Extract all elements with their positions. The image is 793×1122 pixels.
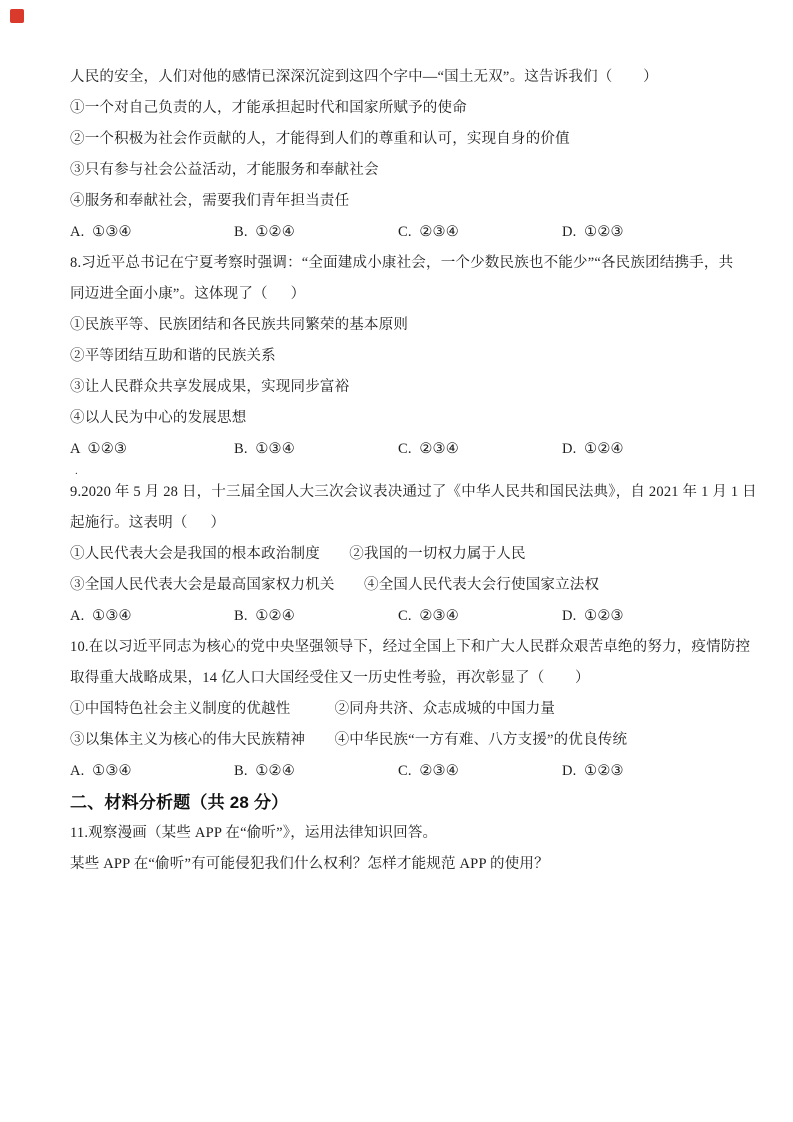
question-text-line: 某些 APP 在“偷听”有可能侵犯我们什么权利？怎样才能规范 APP 的使用？ xyxy=(70,849,750,880)
question-text-line: 人民的安全，人们对他的感情已深深沉淀到这四个字中—“国土无双”。这告诉我们（ ） xyxy=(70,62,750,93)
option-item: B. ①③④ xyxy=(234,434,398,465)
question-text-line: ②平等团结互助和谐的民族关系 xyxy=(70,341,750,372)
option-item: A. ①③④ xyxy=(70,217,234,248)
exam-paper-page: 人民的安全，人们对他的感情已深深沉淀到这四个字中—“国土无双”。这告诉我们（ ）… xyxy=(0,0,793,1122)
option-item: B. ①②④ xyxy=(234,756,398,787)
option-item: A. ①③④ xyxy=(70,601,234,632)
option-item: A. ①③④ xyxy=(70,756,234,787)
question-text-line: ④以人民为中心的发展思想 xyxy=(70,403,750,434)
question-text-line: ①人民代表大会是我国的根本政治制度 ②我国的一切权力属于人民 xyxy=(70,539,750,570)
question-text-line: 10.在以习近平同志为核心的党中央坚强领导下，经过全国上下和广大人民群众艰苦卓绝… xyxy=(70,632,750,663)
option-item: D. ①②③ xyxy=(562,756,624,787)
document-text-block: 人民的安全，人们对他的感情已深深沉淀到这四个字中—“国土无双”。这告诉我们（ ）… xyxy=(70,62,750,880)
options-row: A ①②③B. ①③④C. ②③④D. ①②④ xyxy=(70,434,750,465)
question-text-line: ②一个积极为社会作贡献的人，才能得到人们的尊重和认可，实现自身的价值 xyxy=(70,124,750,155)
option-item: C. ②③④ xyxy=(398,217,562,248)
question-text-line: ③只有参与社会公益活动，才能服务和奉献社会 xyxy=(70,155,750,186)
section-heading: 二、材料分析题（共 28 分） xyxy=(70,787,750,818)
options-row: A. ①③④B. ①②④C. ②③④D. ①②③ xyxy=(70,217,750,248)
option-item: C. ②③④ xyxy=(398,601,562,632)
question-text-line: ③全国人民代表大会是最高国家权力机关 ④全国人民代表大会行使国家立法权 xyxy=(70,570,750,601)
red-corner-marker-icon xyxy=(10,9,24,23)
option-item: B. ①②④ xyxy=(234,217,398,248)
option-item: D. ①②③ xyxy=(562,217,624,248)
question-text-line: ③以集体主义为核心的伟大民族精神 ④中华民族“一方有难、八方支援”的优良传统 xyxy=(70,725,750,756)
option-item: D. ①②③ xyxy=(562,601,624,632)
question-text-line: ①中国特色社会主义制度的优越性 ②同舟共济、众志成城的中国力量 xyxy=(70,694,750,725)
question-text-line: 取得重大战略成果，14 亿人口大国经受住又一历史性考验，再次彰显了（ ） xyxy=(70,663,750,694)
option-item: C. ②③④ xyxy=(398,434,562,465)
question-text-line: ①一个对自己负责的人，才能承担起时代和国家所赋予的使命 xyxy=(70,93,750,124)
option-item: A ①②③ xyxy=(70,434,234,465)
question-text-line: 起施行。这表明（ ） xyxy=(70,508,750,539)
option-item: B. ①②④ xyxy=(234,601,398,632)
question-text-line: 11.观察漫画（某些 APP 在“偷听”》，运用法律知识回答。 xyxy=(70,818,750,849)
options-row: A. ①③④B. ①②④C. ②③④D. ①②③ xyxy=(70,601,750,632)
option-item: C. ②③④ xyxy=(398,756,562,787)
stray-dot: . xyxy=(70,465,750,477)
option-item: D. ①②④ xyxy=(562,434,624,465)
question-text-line: ④服务和奉献社会，需要我们青年担当责任 xyxy=(70,186,750,217)
options-row: A. ①③④B. ①②④C. ②③④D. ①②③ xyxy=(70,756,750,787)
question-text-line: ①民族平等、民族团结和各民族共同繁荣的基本原则 xyxy=(70,310,750,341)
question-text-line: 8.习近平总书记在宁夏考察时强调：“全面建成小康社会，一个少数民族也不能少”“各… xyxy=(70,248,750,279)
question-text-line: 同迈进全面小康”。这体现了（ ） xyxy=(70,279,750,310)
question-text-line: 9.2020 年 5 月 28 日，十三届全国人大三次会议表决通过了《中华人民共… xyxy=(70,477,750,508)
question-text-line: ③让人民群众共享发展成果，实现同步富裕 xyxy=(70,372,750,403)
